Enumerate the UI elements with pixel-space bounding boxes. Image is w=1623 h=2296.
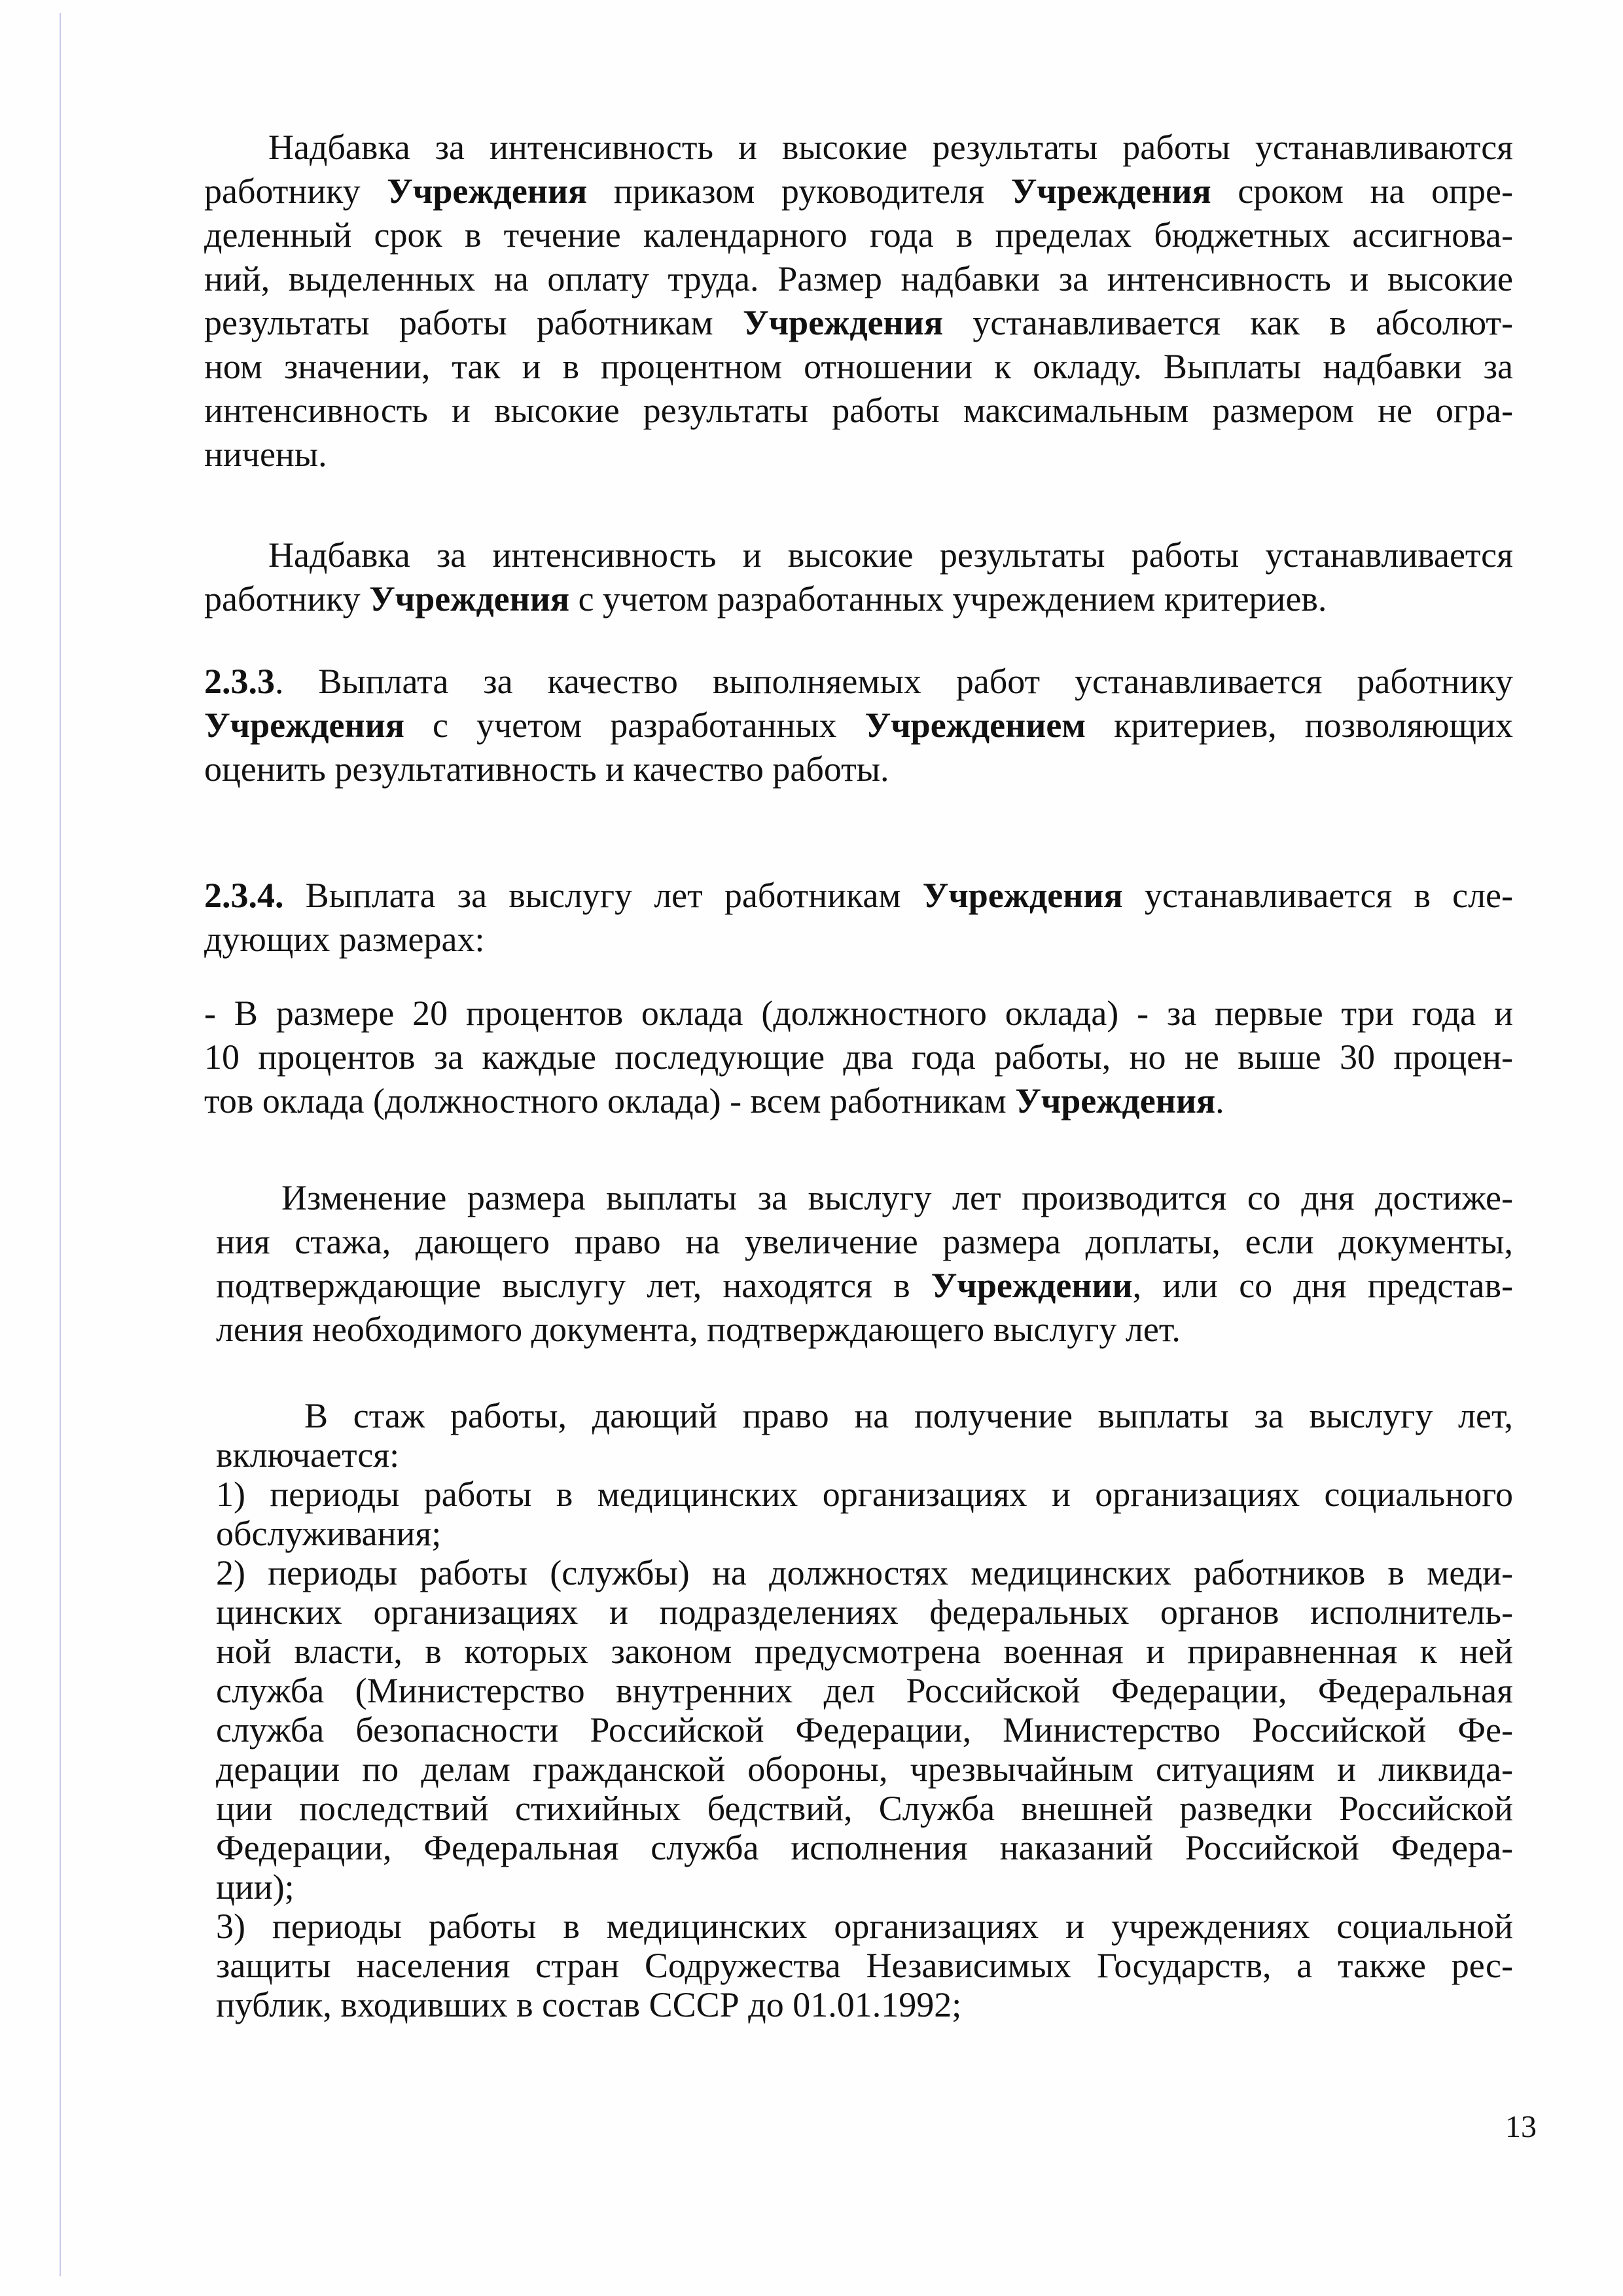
text-run: критериев, позволяющих — [1086, 706, 1513, 745]
text-line: защиты населения стран Содружества Незав… — [216, 1946, 1513, 1985]
bold-term: Учреждения — [387, 171, 587, 211]
text-run: Надбавка за интенсивность и высокие резу… — [268, 128, 1513, 167]
bold-term: Учреждения — [1011, 171, 1211, 211]
text-line: ления необходимого документа, подтвержда… — [216, 1308, 1513, 1352]
bold-term: 2.3.3 — [204, 662, 275, 701]
bold-term: Учреждением — [865, 706, 1086, 745]
text-line: ции); — [216, 1867, 1513, 1907]
bold-term: Учреждения — [369, 579, 569, 619]
text-run: деленный срок в течение календарного год… — [204, 215, 1513, 255]
scan-margin-line — [60, 13, 61, 2276]
text-run: публик, входивших в состав СССР до 01.01… — [216, 1985, 961, 2024]
text-run: В стаж работы, дающий право на получение… — [304, 1396, 1513, 1435]
text-run: ничены. — [204, 435, 327, 474]
text-line: работнику Учреждения приказом руководите… — [204, 170, 1513, 213]
text-run: устанавливается в сле- — [1123, 876, 1513, 915]
text-line: дерации по делам гражданской обороны, чр… — [216, 1749, 1513, 1789]
text-line: Учреждения с учетом разработанных Учрежд… — [204, 704, 1513, 747]
text-line: работнику Учреждения с учетом разработан… — [204, 577, 1513, 621]
text-run: цинских организациях и подразделениях фе… — [216, 1592, 1513, 1632]
text-line: результаты работы работникам Учреждения … — [204, 301, 1513, 345]
bold-term: 2.3.4. — [204, 876, 284, 915]
text-run: Федерации, Федеральная служба исполнения… — [216, 1828, 1513, 1867]
text-line: ния стажа, дающего право на увеличение р… — [216, 1220, 1513, 1264]
text-run: служба безопасности Российской Федерации… — [216, 1710, 1513, 1749]
text-line: В стаж работы, дающий право на получение… — [216, 1396, 1513, 1435]
text-line: 1) периоды работы в медицинских организа… — [216, 1475, 1513, 1514]
text-line: 2.3.3. Выплата за качество выполняемых р… — [204, 660, 1513, 704]
text-line: Федерации, Федеральная служба исполнения… — [216, 1828, 1513, 1867]
text-line: деленный срок в течение календарного год… — [204, 213, 1513, 257]
text-run: работнику — [204, 579, 369, 619]
text-line: 2) периоды работы (службы) на должностях… — [216, 1553, 1513, 1592]
text-run: Изменение размера выплаты за выслугу лет… — [281, 1178, 1513, 1217]
text-line: - В размере 20 процентов оклада (должнос… — [204, 992, 1513, 1035]
text-run: работнику — [204, 171, 387, 211]
text-line: 3) периоды работы в медицинских организа… — [216, 1907, 1513, 1946]
text-line: служба (Министерство внутренних дел Росс… — [216, 1671, 1513, 1710]
text-run: ния стажа, дающего право на увеличение р… — [216, 1222, 1513, 1261]
section-2-3-4-seniority-payment: 2.3.4. Выплата за выслугу лет работникам… — [204, 874, 1513, 961]
text-line: ной власти, в которых законом предусмотр… — [216, 1632, 1513, 1671]
text-run: 3) периоды работы в медицинских организа… — [216, 1907, 1513, 1946]
text-run: ний, выделенных на оплату труда. Размер … — [204, 259, 1513, 298]
bold-term: Учреждения — [1015, 1081, 1215, 1121]
bold-term: Учреждения — [204, 706, 404, 745]
text-line: ний, выделенных на оплату труда. Размер … — [204, 257, 1513, 301]
text-run: сроком на опре- — [1211, 171, 1513, 211]
text-run: 2) периоды работы (службы) на должностях… — [216, 1553, 1513, 1592]
text-line: интенсивность и высокие результаты работ… — [204, 389, 1513, 433]
text-run: ции); — [216, 1867, 294, 1907]
text-run: дующих размерах: — [204, 920, 484, 959]
bold-term: Учреждении — [931, 1266, 1133, 1305]
text-run: подтверждающие выслугу лет, находятся в — [216, 1266, 931, 1305]
text-run: Надбавка за интенсивность и высокие резу… — [268, 535, 1513, 575]
page-number: 13 — [1505, 2109, 1537, 2145]
text-run: , или со дня представ- — [1133, 1266, 1513, 1305]
text-run: с учетом разработанных — [404, 706, 865, 745]
text-run: дерации по делам гражданской обороны, чр… — [216, 1749, 1513, 1789]
text-line: оценить результативность и качество рабо… — [204, 747, 1513, 791]
text-run: ном значении, так и в процентном отношен… — [204, 347, 1513, 386]
text-run: 10 процентов за каждые последующие два г… — [204, 1037, 1513, 1077]
text-line: ном значении, так и в процентном отношен… — [204, 345, 1513, 389]
text-run: приказом руководителя — [587, 171, 1010, 211]
text-run: 1) периоды работы в медицинских организа… — [216, 1475, 1513, 1514]
text-run: включается: — [216, 1435, 399, 1475]
paragraph-seniority-periods: В стаж работы, дающий право на получение… — [216, 1396, 1513, 2024]
text-line: подтверждающие выслугу лет, находятся в … — [216, 1264, 1513, 1308]
bold-term: Учреждения — [743, 303, 943, 342]
paragraph-intensity-criteria: Надбавка за интенсивность и высокие резу… — [204, 533, 1513, 621]
text-run: . Выплата за качество выполняемых работ … — [275, 662, 1513, 701]
text-line: цинских организациях и подразделениях фе… — [216, 1592, 1513, 1632]
seniority-rate-item: - В размере 20 процентов оклада (должнос… — [204, 992, 1513, 1123]
text-run: ной власти, в которых законом предусмотр… — [216, 1632, 1513, 1671]
paragraph-intensity-bonus: Надбавка за интенсивность и высокие резу… — [204, 126, 1513, 476]
text-run: Выплата за выслугу лет работникам — [284, 876, 923, 915]
text-line: Изменение размера выплаты за выслугу лет… — [216, 1176, 1513, 1220]
text-run: оценить результативность и качество рабо… — [204, 749, 889, 789]
text-line: служба безопасности Российской Федерации… — [216, 1710, 1513, 1749]
section-2-3-3-quality-payment: 2.3.3. Выплата за качество выполняемых р… — [204, 660, 1513, 791]
text-line: Надбавка за интенсивность и высокие резу… — [204, 533, 1513, 577]
bold-term: Учреждения — [923, 876, 1123, 915]
document-page: Надбавка за интенсивность и высокие резу… — [0, 0, 1623, 2296]
text-run: с учетом разработанных учреждением крите… — [569, 579, 1327, 619]
paragraph-seniority-change: Изменение размера выплаты за выслугу лет… — [216, 1176, 1513, 1352]
text-line: Надбавка за интенсивность и высокие резу… — [204, 126, 1513, 170]
text-line: включается: — [216, 1435, 1513, 1475]
text-line: тов оклада (должностного оклада) - всем … — [204, 1079, 1513, 1123]
text-run: - В размере 20 процентов оклада (должнос… — [204, 994, 1513, 1033]
text-run: защиты населения стран Содружества Незав… — [216, 1946, 1513, 1985]
text-run: ления необходимого документа, подтвержда… — [216, 1310, 1181, 1349]
text-line: обслуживания; — [216, 1514, 1513, 1553]
text-run: тов оклада (должностного оклада) - всем … — [204, 1081, 1015, 1121]
text-run: служба (Министерство внутренних дел Росс… — [216, 1671, 1513, 1710]
text-run: устанавливается как в абсолют- — [943, 303, 1513, 342]
text-run: обслуживания; — [216, 1514, 441, 1553]
text-run: интенсивность и высокие результаты работ… — [204, 391, 1513, 430]
text-run: . — [1215, 1081, 1224, 1121]
text-line: ничены. — [204, 433, 1513, 476]
text-line: публик, входивших в состав СССР до 01.01… — [216, 1985, 1513, 2024]
text-run: ции последствий стихийных бедствий, Служ… — [216, 1789, 1513, 1828]
text-line: дующих размерах: — [204, 918, 1513, 961]
text-run: результаты работы работникам — [204, 303, 743, 342]
text-line: 10 процентов за каждые последующие два г… — [204, 1035, 1513, 1079]
text-line: ции последствий стихийных бедствий, Служ… — [216, 1789, 1513, 1828]
text-line: 2.3.4. Выплата за выслугу лет работникам… — [204, 874, 1513, 918]
